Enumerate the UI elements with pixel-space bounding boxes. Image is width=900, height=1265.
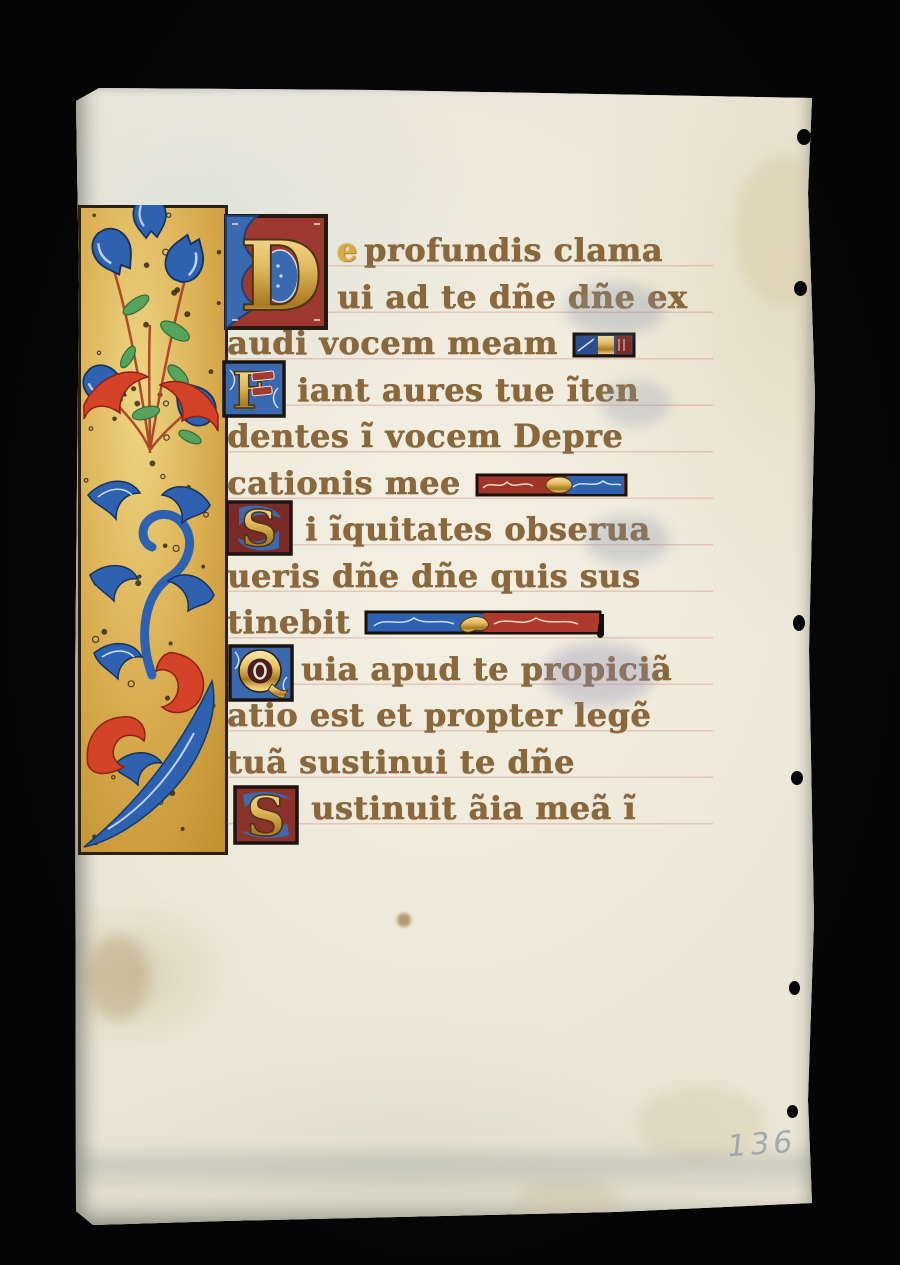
line-text: cationis mee bbox=[227, 464, 461, 502]
line-text: tuã sustinui te dñe bbox=[227, 743, 575, 781]
wormhole-mark bbox=[793, 615, 805, 631]
illuminated-border-panel bbox=[78, 205, 228, 855]
manuscript-text-line: cationis mee bbox=[227, 460, 713, 507]
show-through-stain bbox=[600, 380, 670, 426]
manuscript-leaf: D eprofundis clama ui ad te dñe dñe ex a… bbox=[75, 85, 815, 1225]
parchment-stain bbox=[735, 155, 830, 305]
parchment-stain bbox=[87, 935, 149, 1020]
wormhole-mark bbox=[789, 981, 800, 995]
photo-stage: D eprofundis clama ui ad te dñe dñe ex a… bbox=[0, 0, 900, 1265]
line-text: profundis clama bbox=[364, 231, 663, 269]
line-filler bbox=[475, 471, 628, 499]
show-through-stain bbox=[585, 515, 670, 565]
manuscript-text-line: eprofundis clama bbox=[227, 227, 713, 274]
folio-number: 136 bbox=[725, 1124, 798, 1164]
manuscript-text-line: atio est et propter legẽ bbox=[227, 692, 713, 739]
line-filler bbox=[364, 608, 608, 638]
manuscript-text-line: tuã sustinui te dñe bbox=[227, 739, 713, 786]
manuscript-text-line: ustinuit ãia meã ĩ bbox=[227, 785, 713, 832]
wormhole-mark bbox=[787, 1105, 798, 1118]
parchment-stain bbox=[397, 913, 411, 927]
wormhole-mark bbox=[794, 281, 807, 296]
line-filler bbox=[572, 331, 636, 359]
line-text: dentes ĩ vocem Depre bbox=[227, 417, 623, 455]
line-text: audi vocem meam bbox=[227, 324, 558, 362]
line-text: ustinuit ãia meã ĩ bbox=[311, 789, 636, 827]
bottom-edge-shading bbox=[75, 1143, 815, 1189]
gold-lead-letter: e bbox=[337, 231, 364, 269]
show-through-stain bbox=[543, 643, 655, 705]
wormhole-mark bbox=[791, 771, 803, 785]
line-text: tinebit bbox=[227, 603, 350, 641]
wormhole-mark bbox=[797, 129, 811, 145]
line-text: iant aures tue ĩten bbox=[297, 371, 639, 409]
manuscript-text-line: tinebit bbox=[227, 599, 713, 646]
line-text: ueris dñe dñe quis sus bbox=[227, 557, 640, 595]
show-through-stain bbox=[565, 283, 665, 335]
